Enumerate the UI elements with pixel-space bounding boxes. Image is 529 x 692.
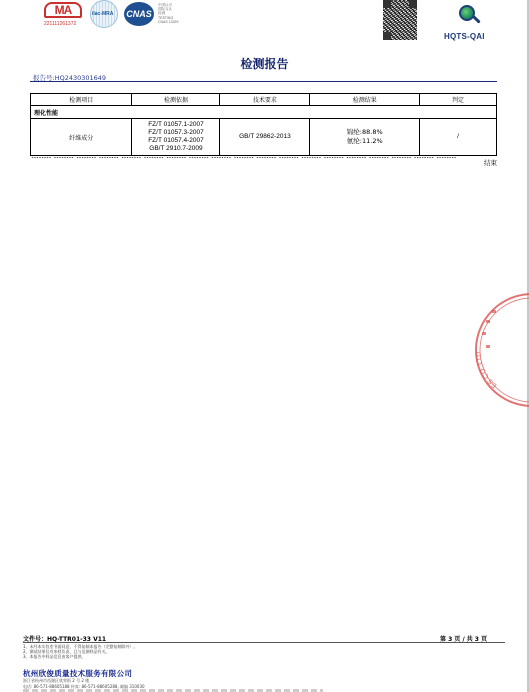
- standard: FZ/T 01057.1-2007: [132, 121, 219, 129]
- section-row: 理化性能: [31, 106, 497, 119]
- test-results: 锦纶:88.8% 氨纶:11.2%: [310, 119, 420, 156]
- test-results-table: 检测项目 检测依据 技术要求 检测结果 判定 理化性能 纤维成分 FZ/T 01…: [30, 93, 497, 156]
- brand-name: HQTS-QAI: [444, 32, 485, 41]
- cma-mark: MA: [44, 2, 82, 18]
- technical-requirement: GB/T 29862-2013: [220, 119, 310, 156]
- section-label: 理化性能: [31, 106, 497, 119]
- table-header-row: 检测项目 检测依据 技术要求 检测结果 判定: [31, 94, 497, 106]
- hqts-magnifier-globe-icon: [455, 3, 483, 27]
- qr-code: [383, 0, 417, 40]
- cnas-logo: CNAS: [124, 2, 154, 26]
- result-line: 氨纶:11.2%: [310, 137, 419, 146]
- header-verdict: 判定: [420, 94, 497, 106]
- cma-number: 221111261372: [44, 21, 76, 27]
- verdict: /: [420, 119, 497, 156]
- test-item: 纤维成分: [31, 119, 132, 156]
- table-row: 纤维成分 FZ/T 01057.1-2007 FZ/T 01057.3-2007…: [31, 119, 497, 156]
- header-result: 检测结果: [310, 94, 420, 106]
- header-test-item: 检测项目: [31, 94, 132, 106]
- cnas-label: CNAS: [124, 9, 154, 19]
- note: 3、本报告中样品信息由客户提供。: [23, 654, 138, 659]
- footer-notes: 1、未经本实验室书面同意，不得复制本报告（完整复制除外）。 2、测试结果仅对来样…: [23, 644, 138, 660]
- standard: GB/T 2910.7-2009: [132, 145, 219, 153]
- ilac-mra-label: ilac-MRA: [92, 11, 113, 17]
- header-requirement: 技术要求: [220, 94, 310, 106]
- magnifier-handle: [472, 15, 480, 23]
- end-dashes: ******** ******** ******** ******** ****…: [31, 157, 486, 161]
- document-title: 检测报告: [0, 55, 529, 72]
- cma-logo: MA 221111261372: [44, 0, 84, 30]
- standard: FZ/T 01057.4-2007: [132, 137, 219, 145]
- result-line: 锦纶:88.8%: [310, 128, 419, 137]
- standard: FZ/T 01057.3-2007: [132, 129, 219, 137]
- ilac-mra-logo: ilac-MRA: [90, 0, 118, 28]
- header-test-basis: 检测依据: [132, 94, 220, 106]
- company-seal-icon: ES CO.,LTD: [472, 290, 529, 410]
- title-divider: [30, 81, 497, 82]
- test-standards: FZ/T 01057.1-2007 FZ/T 01057.3-2007 FZ/T…: [132, 119, 220, 156]
- footer-divider: [23, 642, 505, 643]
- cnas-accreditation-text: 中国认可 国际互认 检测 TESTING CNAS L3329: [158, 3, 178, 24]
- end-marker: 结束: [484, 158, 497, 167]
